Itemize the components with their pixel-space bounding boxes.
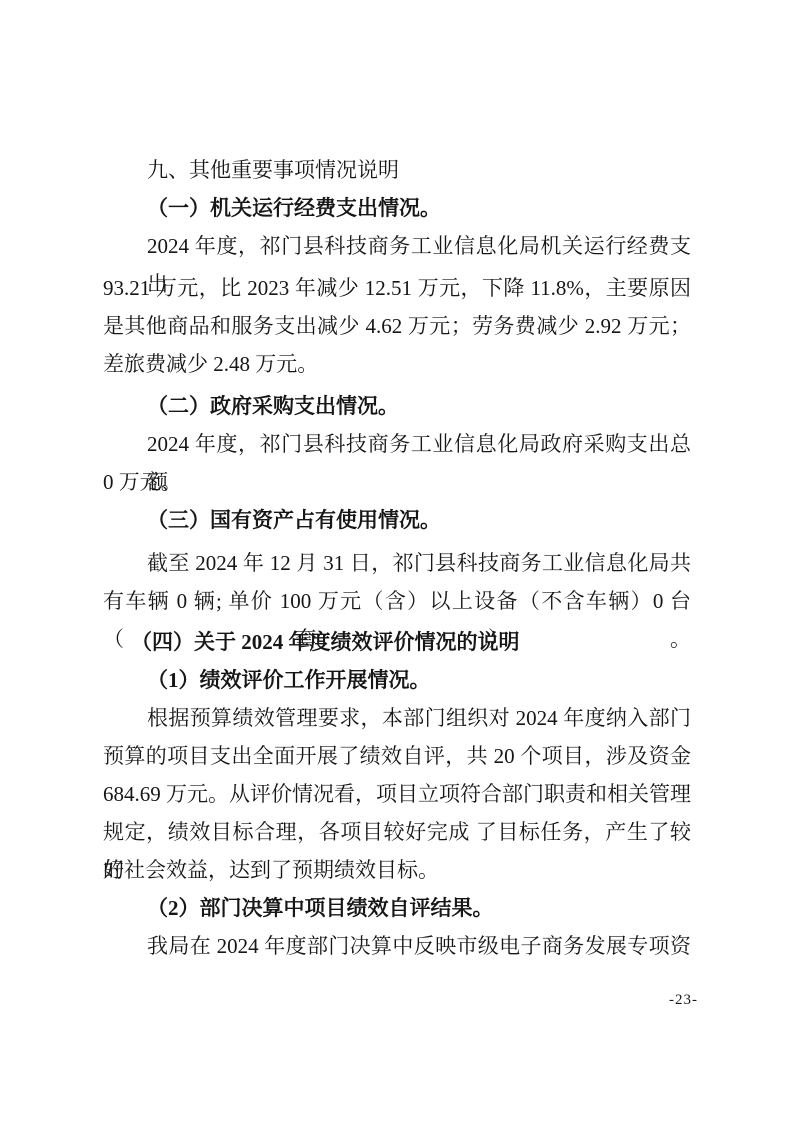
paragraph-line: 684.69 万元。从评价情况看，项目立项符合部门职责和相关管理 bbox=[103, 775, 691, 813]
paragraph-line: 2024 年度，祁门县科技商务工业信息化局政府采购支出总额 bbox=[103, 425, 691, 463]
paragraph-line: 是其他商品和服务支出减少 4.62 万元；劳务费减少 2.92 万元； bbox=[103, 307, 691, 345]
paragraph-line: 截至 2024 年 12 月 31 日，祁门县科技商务工业信息化局共 bbox=[103, 544, 691, 582]
heading-government-procurement: （二）政府采购支出情况。 bbox=[103, 387, 691, 425]
heading-self-evaluation-results: （2）部门决算中项目绩效自评结果。 bbox=[103, 889, 691, 927]
paragraph-line: 根据预算绩效管理要求，本部门组织对 2024 年度纳入部门 bbox=[103, 699, 691, 737]
paragraph-line: 的社会效益，达到了预期绩效目标。 bbox=[103, 851, 691, 889]
paragraph-line: 2024 年度，祁门县科技商务工业信息化局机关运行经费支出 bbox=[103, 227, 691, 265]
heading-performance-evaluation-work: （1）绩效评价工作开展情况。 bbox=[103, 661, 691, 699]
paragraph-line: 差旅费减少 2.48 万元。 bbox=[103, 345, 691, 383]
paragraph-line: 有车辆 0 辆; 单价 100 万元（含）以上设备（不含车辆）0 台（套）。 bbox=[103, 582, 691, 620]
paragraph-line: 93.21 万元，比 2023 年减少 12.51 万元，下降 11.8%，主要… bbox=[103, 269, 691, 307]
paragraph-line: 我局在 2024 年度部门决算中反映市级电子商务发展专项资 bbox=[103, 927, 691, 965]
paragraph-line: 预算的项目支出全面开展了绩效自评，共 20 个项目，涉及资金 bbox=[103, 737, 691, 775]
paragraph-line: 规定，绩效目标合理，各项目较好完成 了目标任务，产生了较好 bbox=[103, 813, 691, 851]
heading-state-owned-assets: （三）国有资产占有使用情况。 bbox=[103, 501, 691, 539]
section-heading-nine: 九、其他重要事项情况说明 bbox=[103, 151, 691, 189]
page-number: -23- bbox=[103, 992, 698, 1009]
document-page: 九、其他重要事项情况说明 （一）机关运行经费支出情况。 2024 年度，祁门县科… bbox=[0, 0, 793, 1122]
heading-agency-operating-expense: （一）机关运行经费支出情况。 bbox=[103, 189, 691, 227]
document-body: 九、其他重要事项情况说明 （一）机关运行经费支出情况。 2024 年度，祁门县科… bbox=[103, 151, 691, 965]
paragraph-line: 0 万元。 bbox=[103, 463, 691, 501]
